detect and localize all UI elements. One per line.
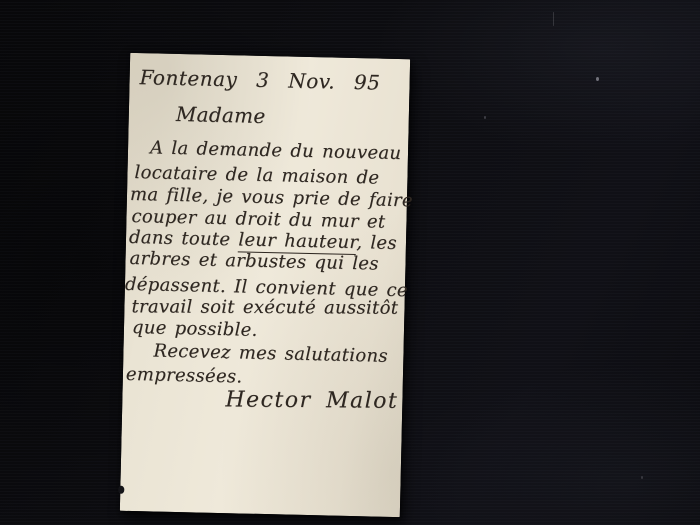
letter-paper: Fontenay 3 Nov. 95 Madame A la demande d… <box>120 53 410 517</box>
fabric-fiber <box>553 12 554 26</box>
fabric-lint-speck <box>596 77 599 81</box>
letter-body-line: travail soit exécuté aussitôt <box>131 298 398 317</box>
letter-closing-line: empressées. <box>126 366 243 387</box>
letter-date: Fontenay 3 Nov. 95 <box>139 67 380 92</box>
letter-salutation: Madame <box>176 104 266 126</box>
letter-body-line: que possible. <box>132 319 258 340</box>
letter-body-line-segment: dans toute <box>129 227 239 250</box>
paper-edge-nick <box>118 486 124 494</box>
fabric-lint-speck <box>641 476 643 479</box>
photo-backdrop: Fontenay 3 Nov. 95 Madame A la demande d… <box>0 0 700 525</box>
letter-body-line: A la demande du nouveau <box>150 139 402 163</box>
letter-signature: Hector Malot <box>225 389 398 413</box>
letter-body-line: arbres et arbustes qui les <box>129 250 379 274</box>
letter-body-line-segment: , les <box>356 232 397 254</box>
fabric-lint-speck <box>484 116 486 119</box>
letter-closing-line: Recevez mes salutations <box>153 342 388 365</box>
